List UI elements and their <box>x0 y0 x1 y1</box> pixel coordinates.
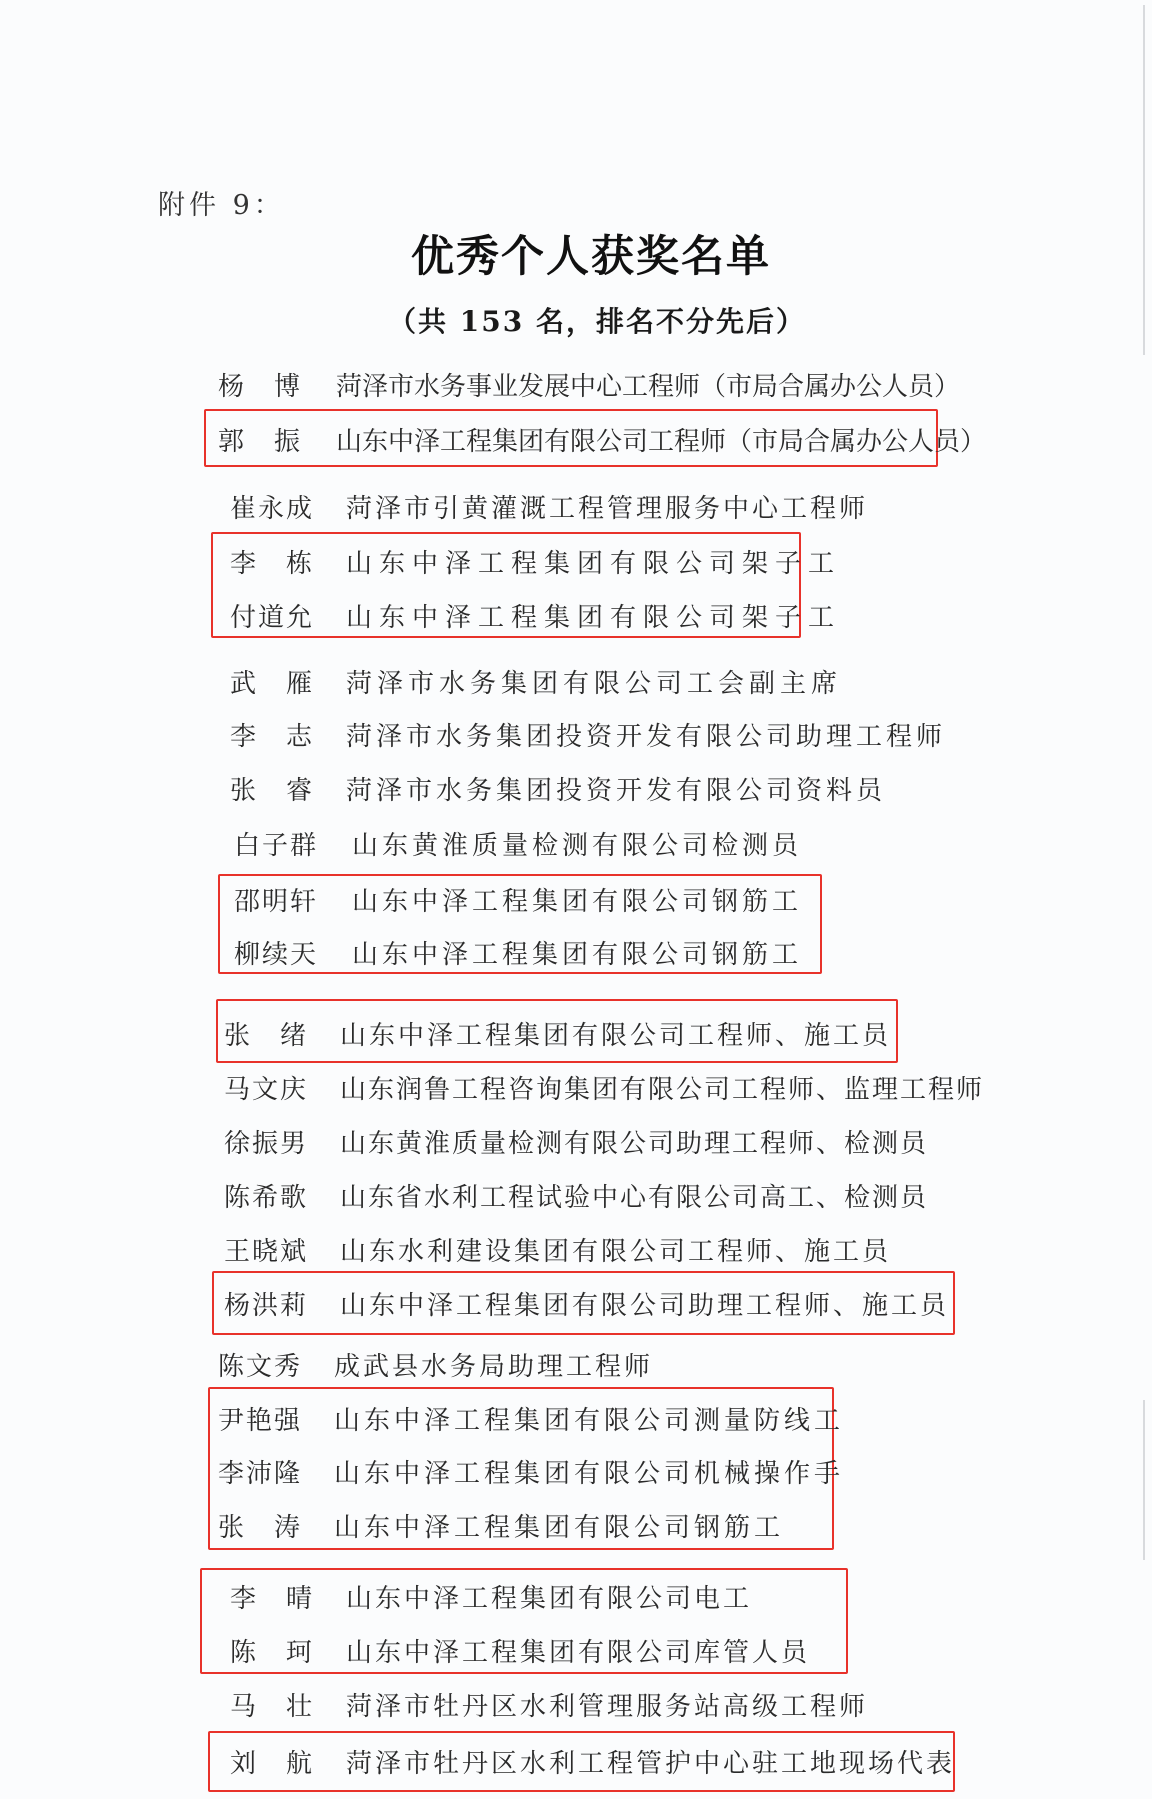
awardee-affiliation: 山东中泽工程集团有限公司钢筋工 <box>334 1507 784 1544</box>
awardee-name: 李 志 <box>230 716 346 753</box>
list-item: 张 涛 山东中泽工程集团有限公司钢筋工 <box>218 1505 784 1545</box>
awardee-affiliation: 山东中泽工程集团有限公司工程师、施工员 <box>340 1015 891 1052</box>
awardee-affiliation: 山东中泽工程集团有限公司架子工 <box>346 543 841 580</box>
list-item: 李 栋 山东中泽工程集团有限公司架子工 <box>230 541 841 581</box>
page-title: 优秀个人获奖名单 <box>0 223 1152 284</box>
awardee-affiliation: 山东中泽工程集团有限公司钢筋工 <box>352 881 802 918</box>
awardee-affiliation: 菏泽市水务集团有限公司工会副主席 <box>346 663 842 700</box>
awardee-affiliation: 菏泽市水务事业发展中心工程师（市局合属办公人员） <box>336 366 960 403</box>
awardee-name: 白子群 <box>234 825 352 862</box>
awardee-name: 郭 振 <box>218 421 336 458</box>
awardee-affiliation: 山东中泽工程集团有限公司库管人员 <box>346 1632 810 1669</box>
awardee-affiliation: 成武县水务局助理工程师 <box>334 1346 653 1383</box>
list-item: 陈文秀 成武县水务局助理工程师 <box>218 1344 653 1384</box>
list-item: 刘 航 菏泽市牡丹区水利工程管护中心驻工地现场代表 <box>230 1741 955 1781</box>
list-item: 郭 振 山东中泽工程集团有限公司工程师（市局合属办公人员） <box>218 419 986 459</box>
list-item: 武 雁 菏泽市水务集团有限公司工会副主席 <box>230 661 842 701</box>
list-item: 杨洪莉 山东中泽工程集团有限公司助理工程师、施工员 <box>224 1283 949 1323</box>
awardee-name: 王晓斌 <box>224 1231 340 1268</box>
awardee-affiliation: 山东中泽工程集团有限公司工程师（市局合属办公人员） <box>336 421 986 458</box>
awardee-name: 付道允 <box>230 597 346 634</box>
awardee-name: 陈文秀 <box>218 1346 334 1383</box>
list-item: 张 睿 菏泽市水务集团投资开发有限公司资料员 <box>230 768 886 808</box>
awardee-name: 张 绪 <box>224 1015 340 1052</box>
attachment-label: 附件 9： <box>158 183 285 222</box>
list-item: 陈希歌 山东省水利工程试验中心有限公司高工、检测员 <box>224 1175 928 1215</box>
list-item: 李 晴 山东中泽工程集团有限公司电工 <box>230 1576 752 1616</box>
awardee-affiliation: 山东中泽工程集团有限公司架子工 <box>346 597 841 634</box>
awardee-name: 邵明轩 <box>234 881 352 918</box>
awardee-affiliation: 山东黄淮质量检测有限公司助理工程师、检测员 <box>340 1123 928 1160</box>
awardee-affiliation: 菏泽市水务集团投资开发有限公司助理工程师 <box>346 716 946 753</box>
awardee-name: 李沛隆 <box>218 1453 334 1490</box>
awardee-name: 柳续天 <box>234 934 352 971</box>
awardee-affiliation: 山东中泽工程集团有限公司电工 <box>346 1578 752 1615</box>
awardee-name: 张 睿 <box>230 770 346 807</box>
awardee-name: 马 壮 <box>230 1686 346 1723</box>
awardee-affiliation: 菏泽市牡丹区水利管理服务站高级工程师 <box>346 1686 868 1723</box>
awardee-affiliation: 山东水利建设集团有限公司工程师、施工员 <box>340 1231 891 1268</box>
list-item: 柳续天 山东中泽工程集团有限公司钢筋工 <box>234 932 802 972</box>
awardee-affiliation: 山东黄淮质量检测有限公司检测员 <box>352 825 802 862</box>
awardee-affiliation: 山东中泽工程集团有限公司钢筋工 <box>352 934 802 971</box>
list-item: 马 壮 菏泽市牡丹区水利管理服务站高级工程师 <box>230 1684 868 1724</box>
list-item: 张 绪 山东中泽工程集团有限公司工程师、施工员 <box>224 1013 891 1053</box>
awardee-name: 尹艳强 <box>218 1400 334 1437</box>
list-item: 马文庆 山东润鲁工程咨询集团有限公司工程师、监理工程师 <box>224 1067 984 1107</box>
awardee-name: 李 栋 <box>230 543 346 580</box>
awardee-name: 杨洪莉 <box>224 1285 340 1322</box>
awardee-affiliation: 山东中泽工程集团有限公司测量防线工 <box>334 1400 844 1437</box>
awardee-name: 武 雁 <box>230 663 346 700</box>
awardee-name: 陈 珂 <box>230 1632 346 1669</box>
awardee-name: 马文庆 <box>224 1069 340 1106</box>
page-subtitle: （共 153 名，排名不分先后） <box>0 300 1152 340</box>
list-item: 王晓斌 山东水利建设集团有限公司工程师、施工员 <box>224 1229 891 1269</box>
awardee-affiliation: 山东省水利工程试验中心有限公司高工、检测员 <box>340 1177 928 1214</box>
awardee-name: 陈希歌 <box>224 1177 340 1214</box>
list-item: 崔永成 菏泽市引黄灌溉工程管理服务中心工程师 <box>230 486 868 526</box>
list-item: 徐振男 山东黄淮质量检测有限公司助理工程师、检测员 <box>224 1121 928 1161</box>
awardee-affiliation: 菏泽市引黄灌溉工程管理服务中心工程师 <box>346 488 868 525</box>
list-item: 李 志 菏泽市水务集团投资开发有限公司助理工程师 <box>230 714 946 754</box>
awardee-name: 崔永成 <box>230 488 346 525</box>
awardee-name: 李 晴 <box>230 1578 346 1615</box>
awardee-affiliation: 山东中泽工程集团有限公司机械操作手 <box>334 1453 844 1490</box>
awardee-affiliation: 山东润鲁工程咨询集团有限公司工程师、监理工程师 <box>340 1069 984 1106</box>
list-item: 白子群 山东黄淮质量检测有限公司检测员 <box>234 823 802 863</box>
awardee-affiliation: 菏泽市水务集团投资开发有限公司资料员 <box>346 770 886 807</box>
list-item: 付道允 山东中泽工程集团有限公司架子工 <box>230 595 841 635</box>
awardee-name: 徐振男 <box>224 1123 340 1160</box>
awardee-name: 杨 博 <box>218 366 336 403</box>
list-item: 李沛隆 山东中泽工程集团有限公司机械操作手 <box>218 1451 844 1491</box>
list-item: 邵明轩 山东中泽工程集团有限公司钢筋工 <box>234 879 802 919</box>
list-item: 尹艳强 山东中泽工程集团有限公司测量防线工 <box>218 1398 844 1438</box>
scan-edge-line-bottom <box>1143 1400 1145 1560</box>
list-item: 杨 博 菏泽市水务事业发展中心工程师（市局合属办公人员） <box>218 364 960 404</box>
awardee-name: 张 涛 <box>218 1507 334 1544</box>
awardee-affiliation: 山东中泽工程集团有限公司助理工程师、施工员 <box>340 1285 949 1322</box>
list-item: 陈 珂 山东中泽工程集团有限公司库管人员 <box>230 1630 810 1670</box>
awardee-name: 刘 航 <box>230 1743 346 1780</box>
awardee-affiliation: 菏泽市牡丹区水利工程管护中心驻工地现场代表 <box>346 1743 955 1780</box>
